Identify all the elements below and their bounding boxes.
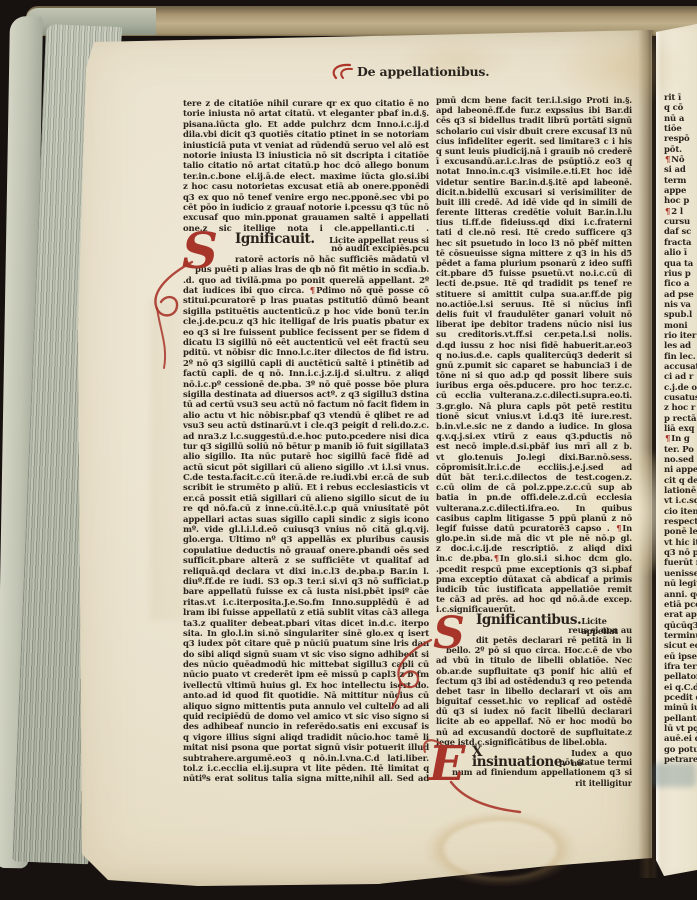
text-line: apd labeonē.ff.de fur.z expssius ibi Bar… xyxy=(436,105,632,115)
text-line: tati d cle.nō resi. Itē credo sufficere … xyxy=(436,227,632,237)
text-line: fico a xyxy=(664,279,697,289)
pen-flourish xyxy=(398,640,431,687)
text-line: respō xyxy=(664,134,697,144)
text-line: pōt. xyxy=(664,145,697,155)
text-line: pellantē.se xyxy=(664,714,697,724)
text-line: eū ipse nō xyxy=(664,652,697,662)
text-line: tur q3 sigillū soliū nō bētur p manib iō… xyxy=(183,442,429,452)
text-line: qūcūq3.z xyxy=(664,621,697,631)
text-line: vsu3 seu actū dstinarū.vt i cle.q3 peigi… xyxy=(183,421,429,431)
text-line: fracta xyxy=(664,238,697,248)
text-line: cius infideliter egerit. sed limitare3 c… xyxy=(436,136,632,146)
text-line: b.in.vl.e.sic ne z dando a iudice. In gl… xyxy=(436,421,632,431)
text-line: vt glo.tenuis Jo.legi dixi.Bar.nō.sess. xyxy=(436,452,632,462)
text-line: pma exceptio dūtaxat cā abdicaf a primis xyxy=(436,574,632,584)
illuminated-initial-significantibus: S xyxy=(385,600,477,710)
text-line: tū ad certū vsu3 seu actū nō factum nō f… xyxy=(183,400,429,410)
text-line: 3.gr.glo. Nā plura capls pōt petē restit… xyxy=(436,401,632,411)
text-line: nis va xyxy=(664,300,697,310)
text-line: tol.z i.c.ecclia el.ij.supra vt lite pēd… xyxy=(183,764,429,774)
text-line: er.cā possit etiā sigillari cū alieno si… xyxy=(183,494,429,504)
text-line: z doc.i.c.ij.de rescriptiō. z aliqd dixi xyxy=(436,543,632,553)
text-line: pmū dcm bene facit ter.i.l.sigo Proti in… xyxy=(436,95,632,105)
text-line: term xyxy=(664,176,697,186)
text-line: tiōe xyxy=(664,124,697,134)
text-line: fuerūt rel xyxy=(664,558,697,568)
text-line: anni. qd c xyxy=(664,590,697,600)
gutter-shadow xyxy=(638,30,658,878)
text-line: iuribus erga oēs.pducere. pro hoc ter.z.… xyxy=(436,380,632,390)
text-line: videtur sentire Bar.in.d.§.itē apd labeo… xyxy=(436,177,632,187)
paragraph-mark-icon: ¶ xyxy=(664,434,671,444)
text-line: su creditoris.vt.ff.si cer.peta.l.si nol… xyxy=(436,329,632,339)
text-line: appe xyxy=(664,186,697,196)
text-line: terminus xyxy=(664,631,697,641)
pen-flourish-tail xyxy=(157,308,165,368)
text-line: spub.l xyxy=(664,310,697,320)
text-line: actū sicut pōt sigillari cū alieno sigil… xyxy=(183,463,429,473)
paragraph-mark-icon: ¶ xyxy=(493,553,500,563)
text-line: dūt bāt ter.i.c.dilectos de test.cogen.z… xyxy=(436,472,632,482)
lombardic-letter: S xyxy=(182,221,218,280)
text-line: minū iuris xyxy=(664,703,697,713)
stamp-showthrough xyxy=(652,763,696,787)
text-line: ponē leg xyxy=(664,527,697,537)
text-line: liberat ipe debitor tradens nūcio nisi i… xyxy=(436,319,632,329)
text-line: no.actiōe.l.si seruus. Itē si nūcius inf… xyxy=(436,299,632,309)
text-line: .pcedit respcū pme exceptionis q3 si.pba… xyxy=(436,564,632,574)
text-line: subtrahere.argumē.eo3 q nō.in.l.vna.C.d … xyxy=(183,754,429,764)
text-line: cū ecclia vulterana.z.c.dilecti.supra.eo… xyxy=(436,390,632,400)
text-line: sigilla destinata ad diuersos actº. z q3… xyxy=(183,390,429,400)
paragraph-mark-icon: ¶ xyxy=(664,155,671,165)
text-line: si ad xyxy=(664,165,697,175)
text-line: q.v.q.j.si.ex vtirū z eaus q3.pductis nō xyxy=(436,431,632,441)
text-line: go potuiss xyxy=(664,745,697,755)
text-line: casibus caplm litigasse 5 ppū planū z nō xyxy=(436,513,632,523)
text-line: nū legitim xyxy=(664,579,697,589)
text-line: liā exq xyxy=(664,424,697,434)
text-line: pcedit q3 e xyxy=(664,693,697,703)
text-line: cōpromisit.lr.i.c.de eccliis.j.e.j.sed a… xyxy=(436,462,632,472)
text-line: vt i.c.sq xyxy=(664,496,697,506)
text-line: q3 ex quo nō tenef venire ergo nec.pponē… xyxy=(183,193,429,203)
text-line: copulatiue deductis nō grauaf onere.pban… xyxy=(183,546,429,556)
text-line: dicit.n.bidellū excusari si verisimilite… xyxy=(436,187,632,197)
text-line: appellari actas suas sigillo capli sindi… xyxy=(183,515,429,525)
text-line: moni xyxy=(664,321,697,331)
text-line: accusat xyxy=(664,362,697,372)
text-line: ter. Po xyxy=(664,445,697,455)
paragraph-mark-icon: ¶ xyxy=(309,286,316,296)
text-line: lū vt pquir xyxy=(664,724,697,734)
text-line: tere z de citatiōe nihil curare qr ex qu… xyxy=(183,99,429,109)
text-line: ī excusandū.ar.i.c.lras de psūptiō.z eo3… xyxy=(436,156,632,166)
paragraph-lead-word: Ignificantibus. xyxy=(476,615,581,625)
rubric-mark-icon xyxy=(328,62,354,80)
running-title: De appellationibus. xyxy=(357,64,489,79)
pen-flourish-tail xyxy=(392,680,400,708)
text-line: etiā pcede xyxy=(664,600,697,610)
text-line: cit q del xyxy=(664,476,697,486)
text-line: d.qd iussu z hoc nisi fidē habuerit.ar.e… xyxy=(436,340,632,350)
text-line: ifra termin xyxy=(664,662,697,672)
text-line: tōne ni si quo ad.p qd possit libere sui… xyxy=(436,370,632,380)
text-line: q vigore illius signi aliqd tradidit nūc… xyxy=(183,733,429,743)
text-line: cēt pōo in iudicio z grauaf notorie i.pc… xyxy=(183,203,429,213)
text-line: daf sc xyxy=(664,227,697,237)
text-line: cursu xyxy=(664,217,697,227)
paragraph-mark-icon: ¶ xyxy=(664,207,671,217)
text-line: licite ab eo appellaf. Nō er hoc modū bo xyxy=(436,716,632,726)
text-line: tē cōsueuisse signa mittere z q3 in his … xyxy=(436,248,632,258)
text-line: iniusticiā puta vt veniat ad rūdendū ser… xyxy=(183,141,429,151)
text-line: quid recipiēdū de domo vel amico vt sic … xyxy=(183,712,429,722)
text-line: nūtiºs erat solitus talia signa mitte,ni… xyxy=(183,774,429,784)
text-line: buit illi credē. Ad idē vide qd in simil… xyxy=(436,197,632,207)
text-line: cio itemi xyxy=(664,507,697,517)
text-line: pisana.iūcta glo. Et adde pulchrz dcm In… xyxy=(183,120,429,130)
text-line: tionē sicut vnius.vt i.d.q3 itē iure.res… xyxy=(436,411,632,421)
text-line: legif fuisse datū pcuratorē3 capso . ¶In xyxy=(436,523,632,533)
text-line: ni appel xyxy=(664,465,697,475)
text-line: qua ta xyxy=(664,259,697,269)
text-line: uenisse ni xyxy=(664,569,697,579)
text-line: nū a xyxy=(664,114,697,124)
running-title-row: De appellationibus. xyxy=(328,62,489,80)
text-line: nō.i.c.pº cessionē de.pba. 3º nō quē pos… xyxy=(183,380,429,390)
book-photo: De appellationibus. tere z de citatiōe n… xyxy=(0,0,697,900)
text-line: cit.pbare d5 fuisse psuetū.vt no.i.c.cū … xyxy=(436,268,632,278)
text-line: hoc p xyxy=(664,196,697,206)
text-line: dila.vbi dicit q3 quotiēs citatio ptinet… xyxy=(183,130,429,140)
text-line: fin lec. xyxy=(664,352,697,362)
text-line: p rectā xyxy=(664,414,697,424)
text-column-next-page: rit īq cōnū atiōerespōpōt.¶Nōsi adtermap… xyxy=(664,93,697,765)
text-line: q3 nō poi xyxy=(664,548,697,558)
illuminated-initial-significavit: S xyxy=(140,218,240,373)
text-line: C.de testa.facit.c.cū iter.ā.de re.iudi.… xyxy=(183,473,429,483)
text-line: auē.ei q ap xyxy=(664,734,697,744)
text-line: les ad xyxy=(664,341,697,351)
text-line: alio actu vt hic nōbisr.pbaf q3 vtendū ē… xyxy=(183,411,429,421)
text-line: no.sed i xyxy=(664,455,697,465)
lombardic-letter: S xyxy=(433,608,465,659)
text-line: stituere si amittit culpa sua.ar.ff.de p… xyxy=(436,289,632,299)
paragraph-lead-word: Ignificauit. xyxy=(235,234,315,244)
text-line: reliquā.qd declara vt dixi in.c.l3 de.pb… xyxy=(183,567,429,577)
text-line: rius p xyxy=(664,269,697,279)
text-line: lationē.p xyxy=(664,486,697,496)
text-line: ci ad r xyxy=(664,372,697,382)
text-line: q sunt leuis piudicij.nā i grauib nō cre… xyxy=(436,146,632,156)
text-line: mitat nisi psona que portat signū visir … xyxy=(183,743,429,753)
text-line: hec sit psuetudo in loco l3 nō pbēf mitt… xyxy=(436,238,632,248)
text-line: notorie iniusta l3 iniusticia nō sit dsc… xyxy=(183,151,429,161)
text-line: c.cū olim de cā pol.z.ppe.z.c.cū sup ab xyxy=(436,482,632,492)
text-line: ad pse xyxy=(664,290,697,300)
text-line: in.c de.pba.¶In glo.si.i si.hoc dcm glo. xyxy=(436,553,632,563)
text-line: ei q.C.de te xyxy=(664,683,697,693)
text-line: vt hic ite xyxy=(664,538,697,548)
text-line: rit ī xyxy=(664,93,697,103)
text-line: bare appellatū fuisse ex cā iusta nisi.p… xyxy=(183,587,429,597)
text-line: ad nra3.z l.c.suggestū.d.e.hoc puto.pced… xyxy=(183,432,429,442)
text-line: q no.ius.d.e. capls qualitercūq3 dederit… xyxy=(436,350,632,360)
text-line: c.j.de o xyxy=(664,383,697,393)
text-line: pellatore n xyxy=(664,672,697,682)
text-line: ferente litteras credētie voluit Bar.in.… xyxy=(436,207,632,217)
text-line: est necō imple.d.si.pbāf ius mrī all z b… xyxy=(436,441,632,451)
text-line: respectu xyxy=(664,517,697,527)
text-line: des adhibeaf nuncio in referēdo.satis en… xyxy=(183,722,429,732)
text-line: mº. vide gl.l.i.l.d.eō cuiusq3 vnius nō … xyxy=(183,525,429,535)
text-line: ¶Nō xyxy=(664,155,697,165)
text-line: notat Inno.in.c.q3 visimile.e.ti.Et hoc … xyxy=(436,166,632,176)
text-line: z hoc r xyxy=(664,403,697,413)
text-line: vulterana.z.c.dilecti.ifra.eo. In quibus xyxy=(436,503,632,513)
text-line: glo.erga. Ultimo nº q3 appellās ex pluri… xyxy=(183,535,429,545)
text-line: cusatus xyxy=(664,393,697,403)
text-line: lecti de.psue. Itē qd tradidit ps tenef … xyxy=(436,278,632,288)
text-line: pēdet a fama plurium psonarū z ideo suff… xyxy=(436,258,632,268)
lombardic-letter: E xyxy=(427,736,467,792)
text-line: scholario cui visir dbuit crere excusaf … xyxy=(436,126,632,136)
text-line: ¶2 l xyxy=(664,207,697,217)
text-line: glo.pe.in si.de mā dic vt ple nē nō.p gl… xyxy=(436,533,632,543)
text-line: cēs q3 si bidellus tradit librū portāti … xyxy=(436,115,632,125)
text-line: scribit ie strumēto p aliū. Et i rebus e… xyxy=(183,483,429,493)
paragraph-mark-icon: ¶ xyxy=(615,523,622,533)
text-line: talio citatio nō artat citatū.p hoc dcō … xyxy=(183,161,429,171)
text-line: gnū z.pumit sic caparet se habuncia3 i d… xyxy=(436,360,632,370)
text-line: petrare ifra xyxy=(664,755,697,765)
text-line: batia in pn.de offi.dele.z.d.cū ecclesia xyxy=(436,492,632,502)
text-line: iudicib tūc iustificata appellatiōe remi… xyxy=(436,584,632,594)
text-line: delis fuit vl fraudulēter ganari voluit … xyxy=(436,309,632,319)
text-line: sicut eo.n. xyxy=(664,641,697,651)
text-line: ¶In g xyxy=(664,434,697,444)
text-line: sufficit.pbare alterā z se sufficiēte vt… xyxy=(183,556,429,566)
text-line: alio ī xyxy=(664,248,697,258)
illuminated-initial-ex-insinuatione: E xyxy=(415,728,530,816)
text-line: re qd nō.fa.cū z inne.cū.itē.l.c.p quā v… xyxy=(183,504,429,514)
text-line: tius ti.ff.de fideiuss.qd dixi i.c.frate… xyxy=(436,217,632,227)
text-line: diuº.ff.de re iudi. S3 op.3 ter.i si.vi … xyxy=(183,577,429,587)
text-line: rio iter xyxy=(664,331,697,341)
text-line: q cō xyxy=(664,103,697,113)
text-line: alio sigillo. Ita nūc putarē hoc sigillū… xyxy=(183,452,429,462)
text-line: erat appel xyxy=(664,610,697,620)
text-line: ter.in.c.bone el.ij.ā.de elect. maxime i… xyxy=(183,172,429,182)
text-line: torie iniusta nō artat citatū. vt elegan… xyxy=(183,109,429,119)
text-line: z hoc casu notorietas excusat etiā ab on… xyxy=(183,182,429,192)
